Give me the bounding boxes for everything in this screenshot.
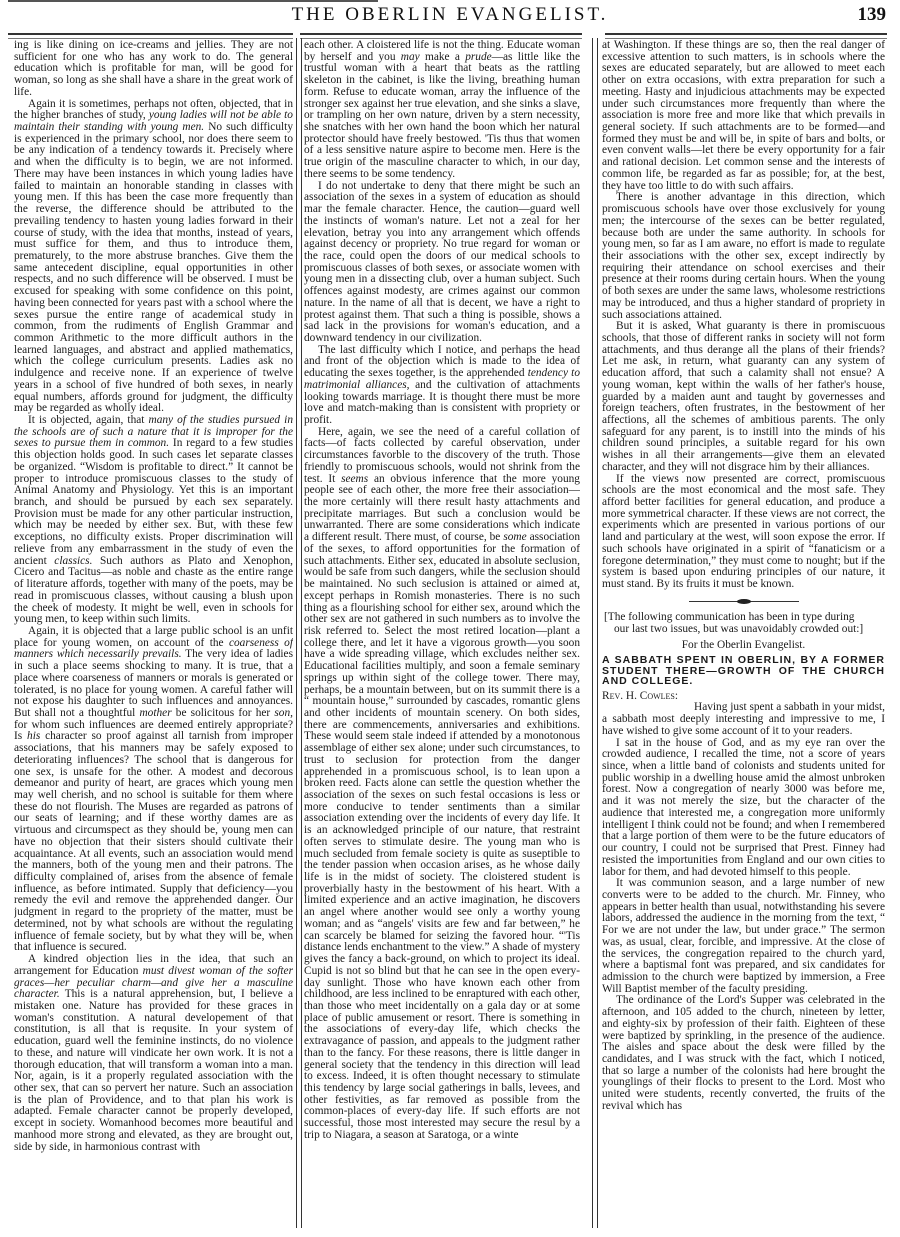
text: be solicitous for her <box>172 707 275 719</box>
column-2: each other. A cloistered life is not the… <box>304 40 580 1232</box>
text: This is a natural apprehension, but, I b… <box>14 988 293 1152</box>
paragraph: It was communion season, and a large num… <box>602 878 885 995</box>
paragraph: Again it is sometimes, perhaps not often… <box>14 99 293 415</box>
text: make a <box>420 51 466 63</box>
top-rule <box>8 0 378 2</box>
paragraph: ing is like dining on ice-creams and jel… <box>14 40 293 99</box>
paragraph: A kindred objection lies in the idea, th… <box>14 954 293 1153</box>
text: No such difficulty is experienced in the… <box>14 121 293 414</box>
paragraph: The last difficulty which I notice, and … <box>304 345 580 427</box>
editor-note: [The following communication has been in… <box>602 612 885 624</box>
newspaper-title: THE OBERLIN EVANGELIST. <box>0 4 900 26</box>
italic-text: son, <box>274 707 293 719</box>
paragraph: I do not undertake to deny that there mi… <box>304 181 580 345</box>
paragraph: But it is asked, What guaranty is there … <box>602 321 885 473</box>
italic-text: seems <box>341 473 368 485</box>
paragraph: Again, it is objected that a large publi… <box>14 626 293 954</box>
text: —as little like the trustful woman with … <box>304 51 580 180</box>
italic-text: some <box>503 531 526 543</box>
salutation-text: Rev. H. Cowles: <box>602 690 678 702</box>
header-rule-2 <box>300 33 582 39</box>
column-1: ing is like dining on ice-creams and jel… <box>14 40 293 1232</box>
paragraph: The ordinance of the Lord's Supper was c… <box>602 995 885 1112</box>
paragraph: If the views now presented are correct, … <box>602 474 885 591</box>
text: It is objected, again, that <box>28 414 149 426</box>
text: character so proof against all tarnish f… <box>14 730 293 953</box>
paragraph: at Washington. If these things are so, t… <box>602 40 885 192</box>
column-3: at Washington. If these things are so, t… <box>602 40 885 1232</box>
italic-text: may <box>401 51 420 63</box>
italic-text: classics. <box>54 555 92 567</box>
paragraph: Having just spent a sabbath in your mids… <box>602 702 885 737</box>
paragraph: each other. A cloistered life is not the… <box>304 40 580 181</box>
italic-text: his <box>27 730 40 742</box>
masthead: THE OBERLIN EVANGELIST. 139 <box>0 0 900 32</box>
header-rule-3 <box>605 33 887 39</box>
text: In regard to a few studies this objectio… <box>14 437 293 566</box>
paragraph: I sat in the house of God, and as my eye… <box>602 738 885 879</box>
newspaper-page: THE OBERLIN EVANGELIST. 139 ing is like … <box>0 0 900 1237</box>
text: association of the sexes, to afford oppo… <box>304 531 580 1141</box>
ornamental-divider <box>689 601 799 604</box>
page-number: 139 <box>858 4 887 26</box>
byline: For the Oberlin Evangelist. <box>602 640 885 652</box>
italic-text: mother <box>139 707 171 719</box>
editor-note: our last two issues, but was unavoidably… <box>602 624 885 636</box>
column-divider <box>592 38 598 1228</box>
column-divider <box>296 38 302 1228</box>
article-headline: A SABBATH SPENT IN OBERLIN, BY A FORMER … <box>602 655 885 687</box>
paragraph: It is objected, again, that many of the … <box>14 415 293 626</box>
paragraph: There is another advantage in this direc… <box>602 192 885 321</box>
italic-text: prude <box>465 51 491 63</box>
header-rule-1 <box>8 33 293 39</box>
paragraph: Here, again, we see the need of a carefu… <box>304 427 580 1142</box>
